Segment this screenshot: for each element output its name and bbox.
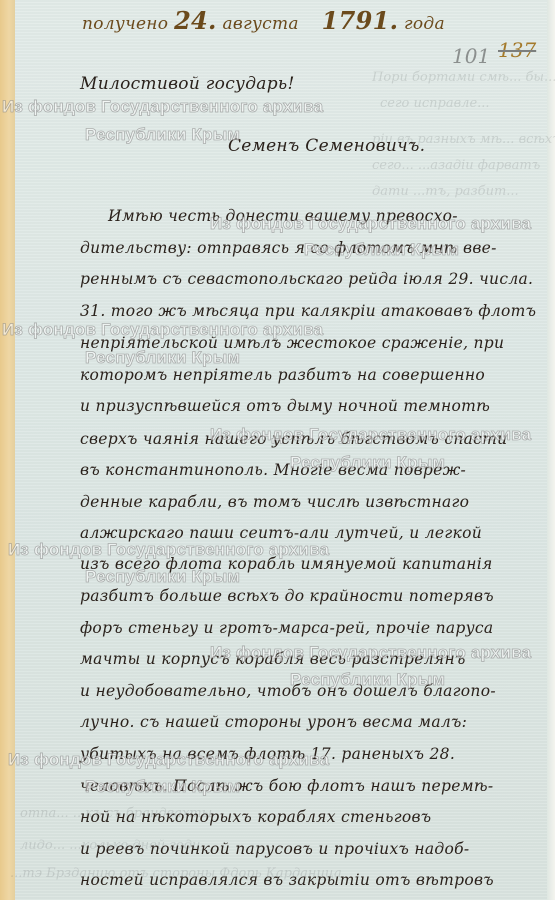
addressee: Семенъ Семеновичъ. [228,136,425,156]
received-prefix: получено [82,14,168,34]
document-scan: Пори бортами смѣ... бы... сего исправле.… [0,0,555,900]
body-line: Имѣю честь донести вашему превосхо- [108,207,458,225]
body-line: 31. того жъ мѣсяца при калякрiи атаковав… [80,302,536,320]
body-line: форъ стеньгу и гротъ-марса-рей, прочiе п… [80,619,493,637]
bleed-through-text: Пори бортами смѣ... бы... [372,70,555,85]
received-year: 1791. [322,6,399,35]
archive-watermark: Из фондов Государственного архива [2,97,323,117]
body-line: реннымъ съ севастопольскаго рейда iюля 2… [80,270,533,288]
bleed-through-text: дати ...тъ, разбит... [372,184,519,199]
bleed-through-text: сего исправле... [380,96,490,111]
binding-strip [0,0,15,900]
body-line: и призуспѣвшейся отъ дыму ночной темнотѣ [80,397,490,415]
archive-watermark-subline: Республики Крым [85,125,240,145]
body-line: сверхъ чаянiя нашего успѣлъ бѣгствомъ сп… [80,430,507,448]
body-line: дительству: отправясь я со флотомъ мнѣ в… [80,239,497,257]
bleed-through-text: отпа... ...къ съ брандвахты [20,806,212,821]
bleed-through-text: ...тэ Брзданию отъ стороны Фдорь Кардани… [10,866,342,881]
body-line: убитыхъ на всемъ флотѣ 17. раненыхъ 28. [80,745,455,763]
body-line: въ константинополь. Многiе весма повреж- [80,461,466,479]
body-line: мачты и корпусъ корабля весь разстрелянъ [80,650,466,668]
received-month: августа [222,14,298,34]
body-line: изъ всего флота корабль имянуемой капита… [80,555,493,573]
body-line: которомъ непрiятель разбитъ на совершенн… [80,366,485,384]
received-suffix: года [404,14,445,34]
body-line: разбитъ больше всѣхъ до крайности потеря… [80,587,494,605]
body-line: лучно. съ нашей стороны уронъ весма малъ… [80,713,467,731]
bleed-through-text: сего... ...азадiи фарватъ [372,158,540,173]
salutation: Милостивой государь! [80,74,295,94]
body-line: денные карабли, въ томъ числѣ извѣстнаго [80,493,469,511]
bleed-through-text: лидо... ...колько дней годи [20,838,200,853]
received-day: 24. [174,6,217,35]
body-line: непрiятельской имѣлъ жестокое сраженiе, … [80,334,504,352]
struck-folio-number: 137 [498,38,536,62]
body-line: человѣкъ. Послѣ жъ бою флотъ нашъ перемѣ… [80,777,493,795]
received-date-line: получено 24. августа 1791. года [82,6,445,35]
body-line: и неудобовательно, чтобъ онъ дошелъ благ… [80,682,496,700]
body-line: алжирскаго паши сеитъ-али лутчей, и легк… [80,524,482,542]
pencil-folio-number: 101 [452,44,490,68]
